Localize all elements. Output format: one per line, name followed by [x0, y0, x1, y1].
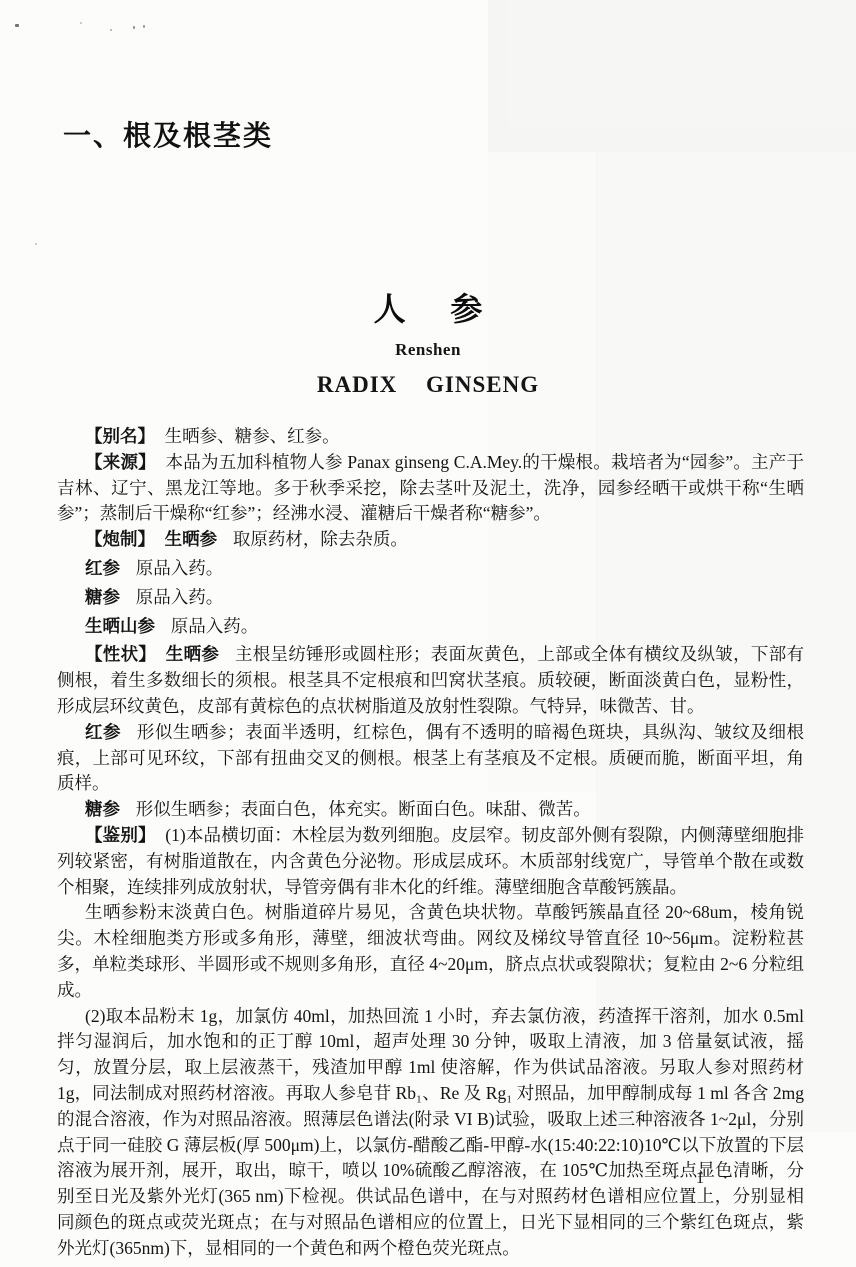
document-page: 一、根及根茎类 人参 Renshen RADIX GINSENG 【别名】生晒参… [0, 0, 856, 1267]
subdrug-label: 生晒参 [166, 644, 219, 664]
scan-speck [35, 243, 37, 245]
scan-speck [110, 29, 112, 31]
scan-shading [488, 0, 856, 152]
para-text: 形似生晒参；表面白色，体充实。断面白色。味甜、微苦。 [136, 799, 591, 819]
para-alias: 【别名】生晒参、糖参、红参。 [57, 424, 804, 450]
para-source: 【来源】本品为五加科植物人参 Panax ginseng C.A.Mey.的干燥… [57, 450, 804, 527]
scan-speck [143, 25, 145, 28]
para-text: (2)取本品粉末 1g，加氯仿 40ml，加热回流 1 小时，弃去氯仿液，药渣挥… [57, 1006, 804, 1258]
para-text: 本品为五加科植物人参 Panax ginseng C.A.Mey.的干燥根。栽培… [57, 452, 804, 524]
section-label-source: 【来源】 [85, 452, 156, 472]
para-text: 原品入药。 [136, 558, 224, 578]
scan-speck [15, 24, 19, 27]
section-label-description: 【性状】 [85, 644, 156, 664]
page-number-value: · 1 · [672, 1168, 730, 1188]
scan-speck [80, 22, 82, 24]
para-text: 原品入药。 [171, 616, 259, 636]
chapter-heading: 一、根及根茎类 [63, 114, 273, 154]
para-text: 生晒参、糖参、红参。 [165, 426, 340, 446]
section-label-alias: 【别名】 [85, 426, 155, 446]
para-identification-2: (2)取本品粉末 1g，加氯仿 40ml，加热回流 1 小时，弃去氯仿液，药渣挥… [57, 1004, 804, 1262]
subdrug-label: 红参 [85, 722, 121, 742]
subdrug-label: 糖参 [85, 587, 120, 607]
section-label-identification: 【鉴别】 [85, 825, 156, 845]
subdrug-label: 生晒参 [165, 529, 218, 549]
body-text: 【别名】生晒参、糖参、红参。 【来源】本品为五加科植物人参 Panax gins… [57, 424, 804, 1262]
para-text: 原品入药。 [136, 587, 224, 607]
drug-title-latin: RADIX GINSENG [0, 372, 856, 398]
para-text: 取原药材，除去杂质。 [233, 529, 408, 549]
drug-title-chinese: 人参 [0, 284, 856, 330]
subdrug-label: 生晒山参 [85, 616, 155, 636]
para-text: (1)本品横切面：木栓层为数列细胞。皮层窄。韧皮部外侧有裂隙，内侧薄壁细胞排列较… [57, 825, 804, 897]
scan-speck [133, 26, 135, 29]
para-identification-powder: 生晒参粉末淡黄白色。树脂道碎片易见，含黄色块状物。草酸钙簇晶直径 20~68um… [57, 900, 804, 1003]
para-text: 生晒参粉末淡黄白色。树脂道碎片易见，含黄色块状物。草酸钙簇晶直径 20~68um… [57, 902, 804, 999]
para-processing-hongshen: 红参原品入药。 [57, 556, 804, 582]
subdrug-label: 红参 [85, 558, 120, 578]
para-processing-shengshaishen: 【炮制】生晒参取原药材，除去杂质。 [57, 527, 804, 553]
para-identification-1: 【鉴别】(1)本品横切面：木栓层为数列细胞。皮层窄。韧皮部外侧有裂隙，内侧薄壁细… [57, 823, 804, 900]
para-processing-shengshaishanshen: 生晒山参原品入药。 [57, 614, 804, 640]
subdrug-label: 糖参 [85, 799, 120, 819]
para-processing-tangshen: 糖参原品入药。 [57, 585, 804, 611]
section-label-processing: 【炮制】 [85, 529, 155, 549]
drug-title-pinyin: Renshen [0, 340, 856, 360]
para-description-tangshen: 糖参形似生晒参；表面白色，体充实。断面白色。味甜、微苦。 [57, 797, 804, 823]
para-description-shengshaishen: 【性状】生晒参主根呈纺锤形或圆柱形；表面灰黄色，上部或全体有横纹及纵皱，下部有侧… [57, 642, 804, 719]
para-description-hongshen: 红参形似生晒参；表面半透明，红棕色，偶有不透明的暗褐色斑块，具纵沟、皱纹及细根痕… [57, 720, 804, 797]
page-number: · 1 · [0, 1168, 856, 1188]
para-text: 形似生晒参；表面半透明，红棕色，偶有不透明的暗褐色斑块，具纵沟、皱纹及细根痕，上… [57, 722, 804, 794]
